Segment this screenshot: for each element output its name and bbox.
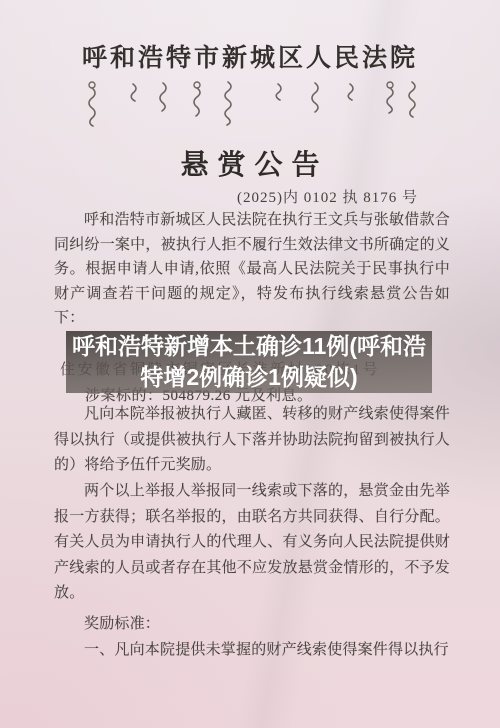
reward-split-paragraph: 两个以上举报人举报同一线索或下落的，悬赏金由先举报一方获得；联名举报的，由联名方… <box>54 479 450 607</box>
document-photo: 呼和浩特市新城区人民法院 悬赏公告 (2025)内 0102 执 8176 号 … <box>0 0 500 728</box>
reward-standard-heading: 奖励标准： <box>54 612 450 637</box>
news-headline-overlay: 呼和浩特新增本土确诊11例(呼和浩 特增2例确诊1例疑似) <box>66 331 432 393</box>
reward-paragraph: 凡向本院举报被执行人藏匿、转移的财产线索使得案件得以执行（或提供被执行人下落并协… <box>54 402 450 479</box>
case-number: (2025)内 0102 执 8176 号 <box>237 186 418 207</box>
reward-standard-item-1: 一、凡向本院提供未掌握的财产线索使得案件得以执行 <box>54 638 450 663</box>
news-headline-line1: 呼和浩特新增本土确诊11例(呼和浩 <box>72 331 426 362</box>
court-name: 呼和浩特市新城区人民法院 <box>0 38 500 74</box>
intro-paragraph: 呼和浩特市新城区人民法院在执行王文兵与张敏借款合同纠纷一案中，被执行人拒不履行生… <box>54 208 450 331</box>
notice-title: 悬赏公告 <box>0 143 500 183</box>
news-headline-line2: 特增2例确诊1例疑似) <box>140 362 357 393</box>
mongolian-script-icon <box>85 80 425 136</box>
